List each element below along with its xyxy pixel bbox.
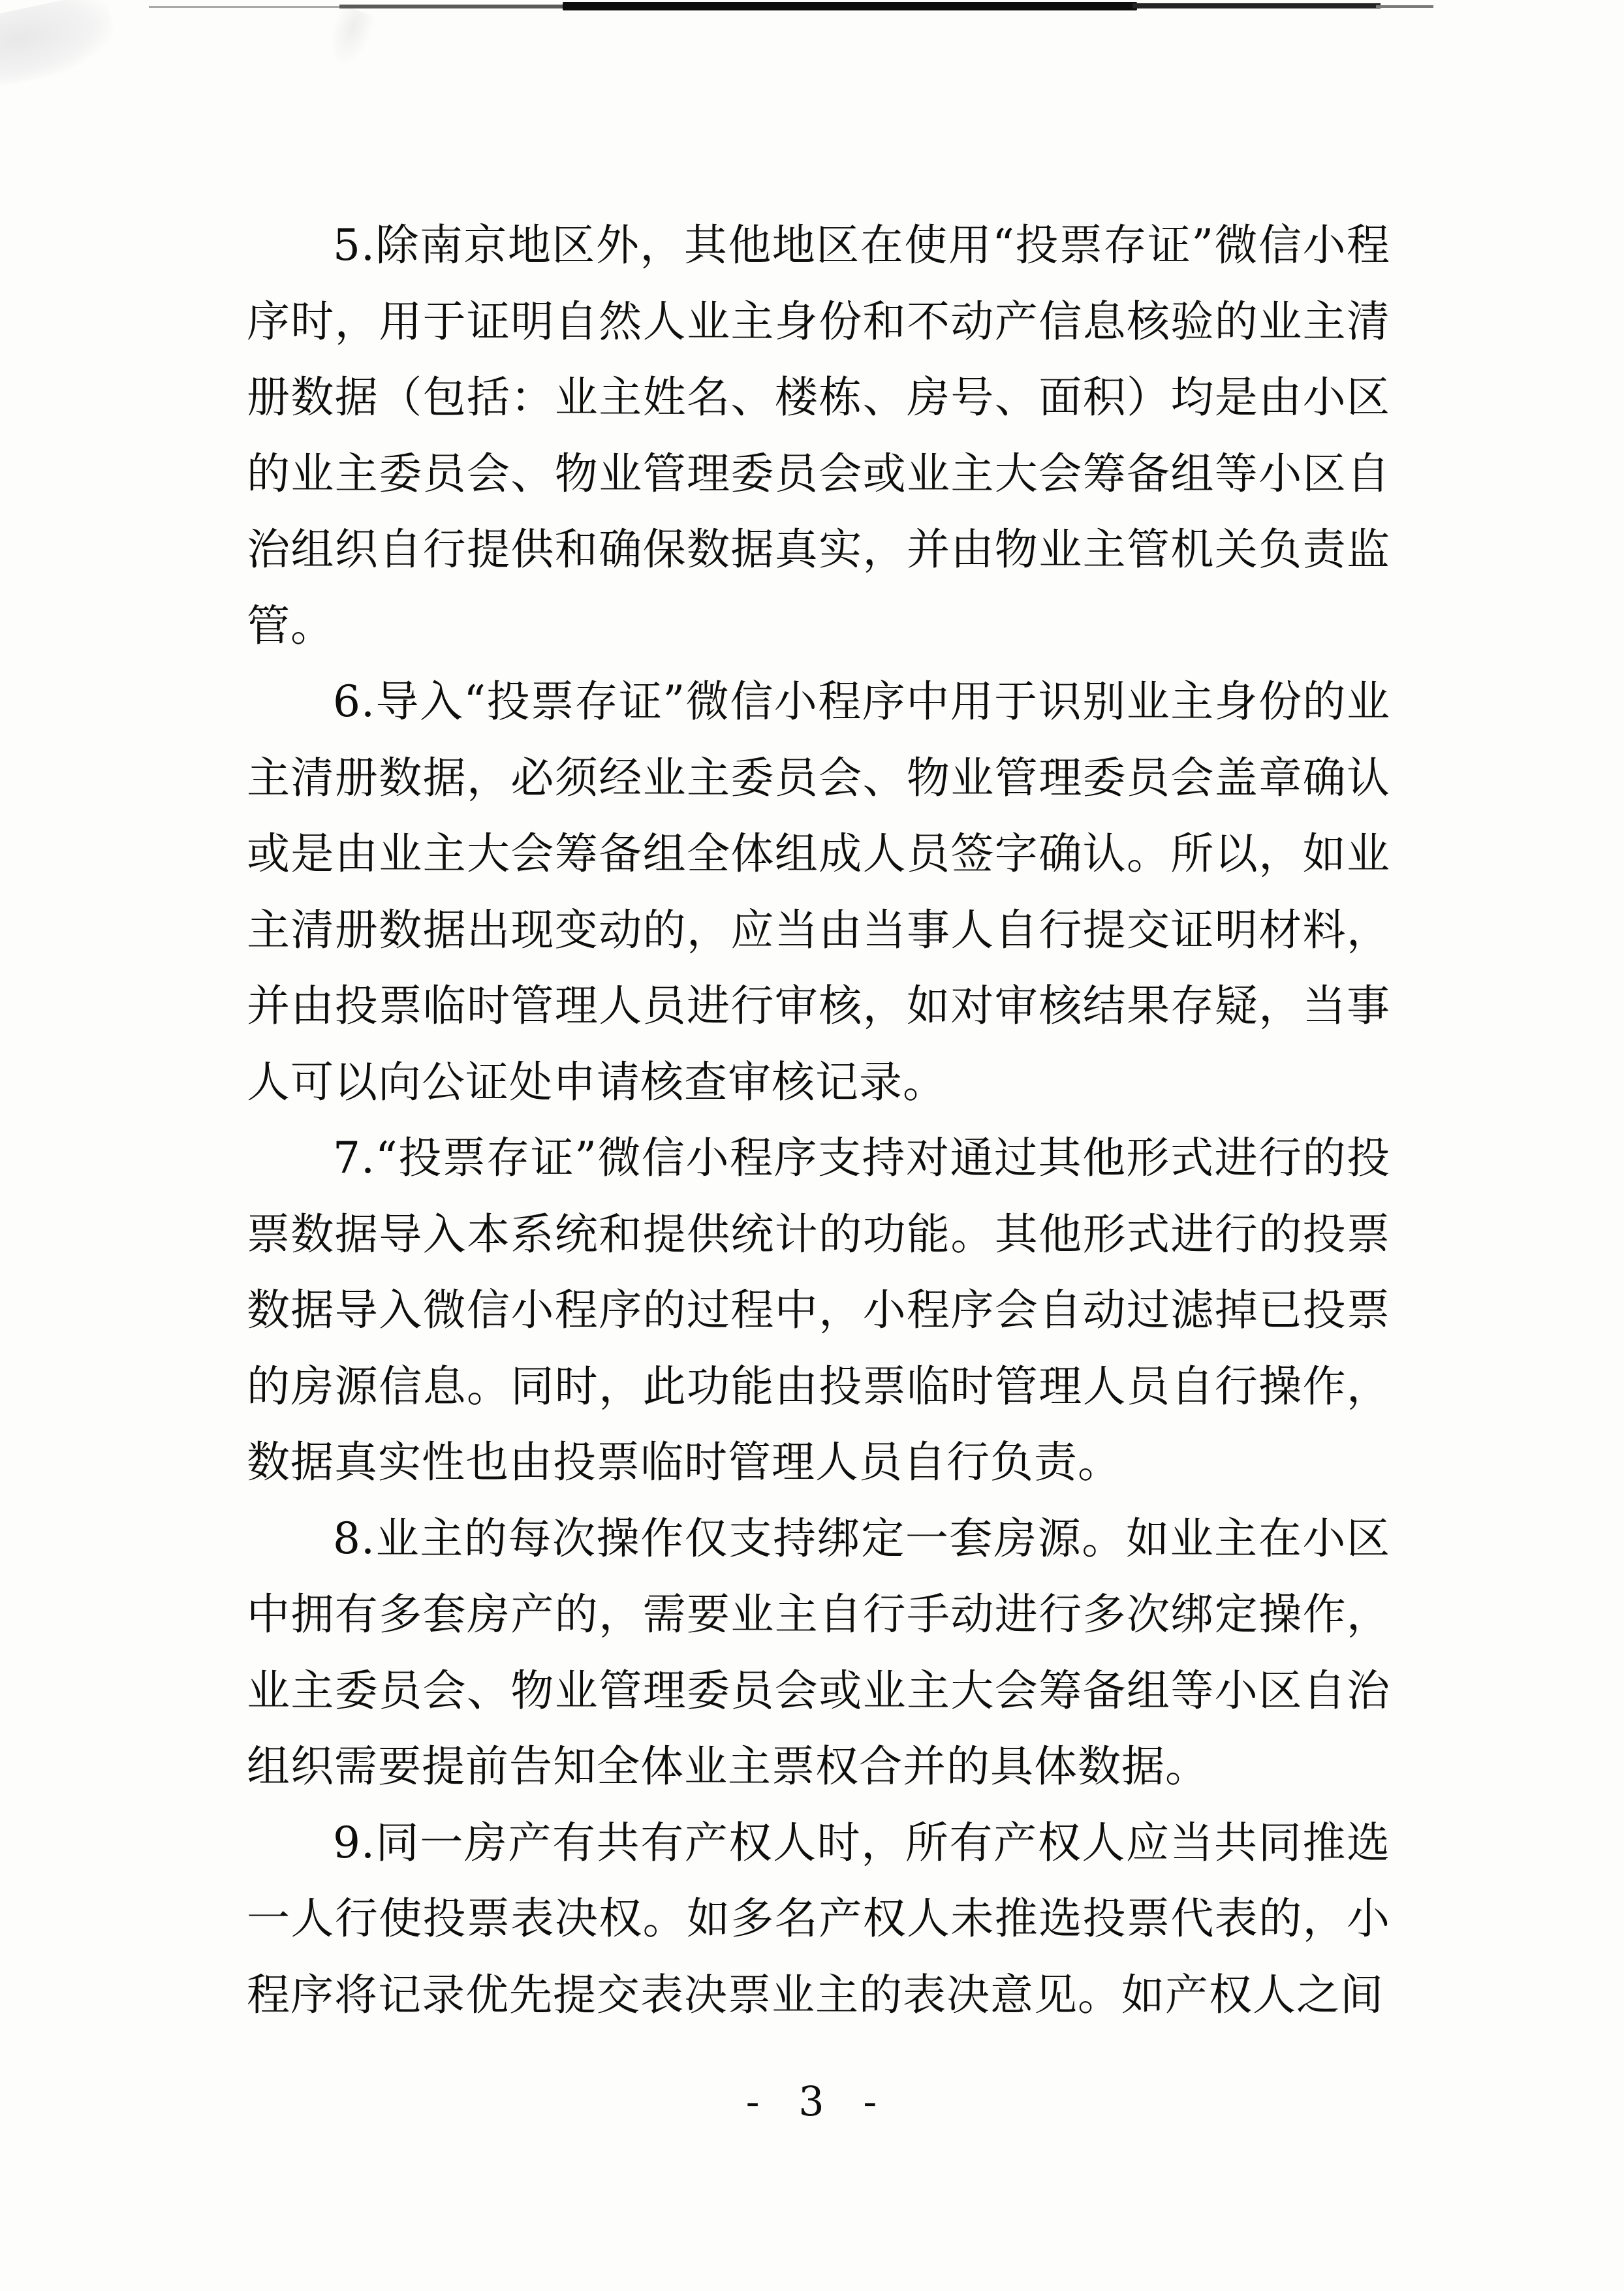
scan-edge-line: [339, 5, 568, 8]
paragraph-item-6: 6.导入“投票存证”微信小程序中用于识别业主身份的业主清册数据，必须经业主委员会…: [247, 664, 1390, 1120]
scan-corner-blob: [0, 0, 120, 91]
scan-edge-line: [149, 6, 345, 8]
scan-edge-line: [1132, 3, 1381, 8]
document-page: 5.除南京地区外，其他地区在使用“投票存证”微信小程序时，用于证明自然人业主身份…: [0, 0, 1624, 2291]
page-number: - 3 -: [746, 2080, 890, 2123]
document-body: 5.除南京地区外，其他地区在使用“投票存证”微信小程序时，用于证明自然人业主身份…: [247, 208, 1390, 2033]
paragraph-item-9: 9.同一房产有共有产权人时，所有产权人应当共同推选一人行使投票表决权。如多名产权…: [247, 1805, 1390, 2034]
scan-edge-line: [563, 2, 1137, 10]
paragraph-item-8: 8.业主的每次操作仅支持绑定一套房源。如业主在小区中拥有多套房产的，需要业主自行…: [247, 1501, 1390, 1805]
scan-edge-line: [1376, 5, 1433, 8]
paragraph-item-5: 5.除南京地区外，其他地区在使用“投票存证”微信小程序时，用于证明自然人业主身份…: [247, 208, 1390, 664]
paragraph-item-7: 7.“投票存证”微信小程序支持对通过其他形式进行的投票数据导入本系统和提供统计的…: [247, 1120, 1390, 1501]
scan-smudge: [320, 4, 377, 72]
